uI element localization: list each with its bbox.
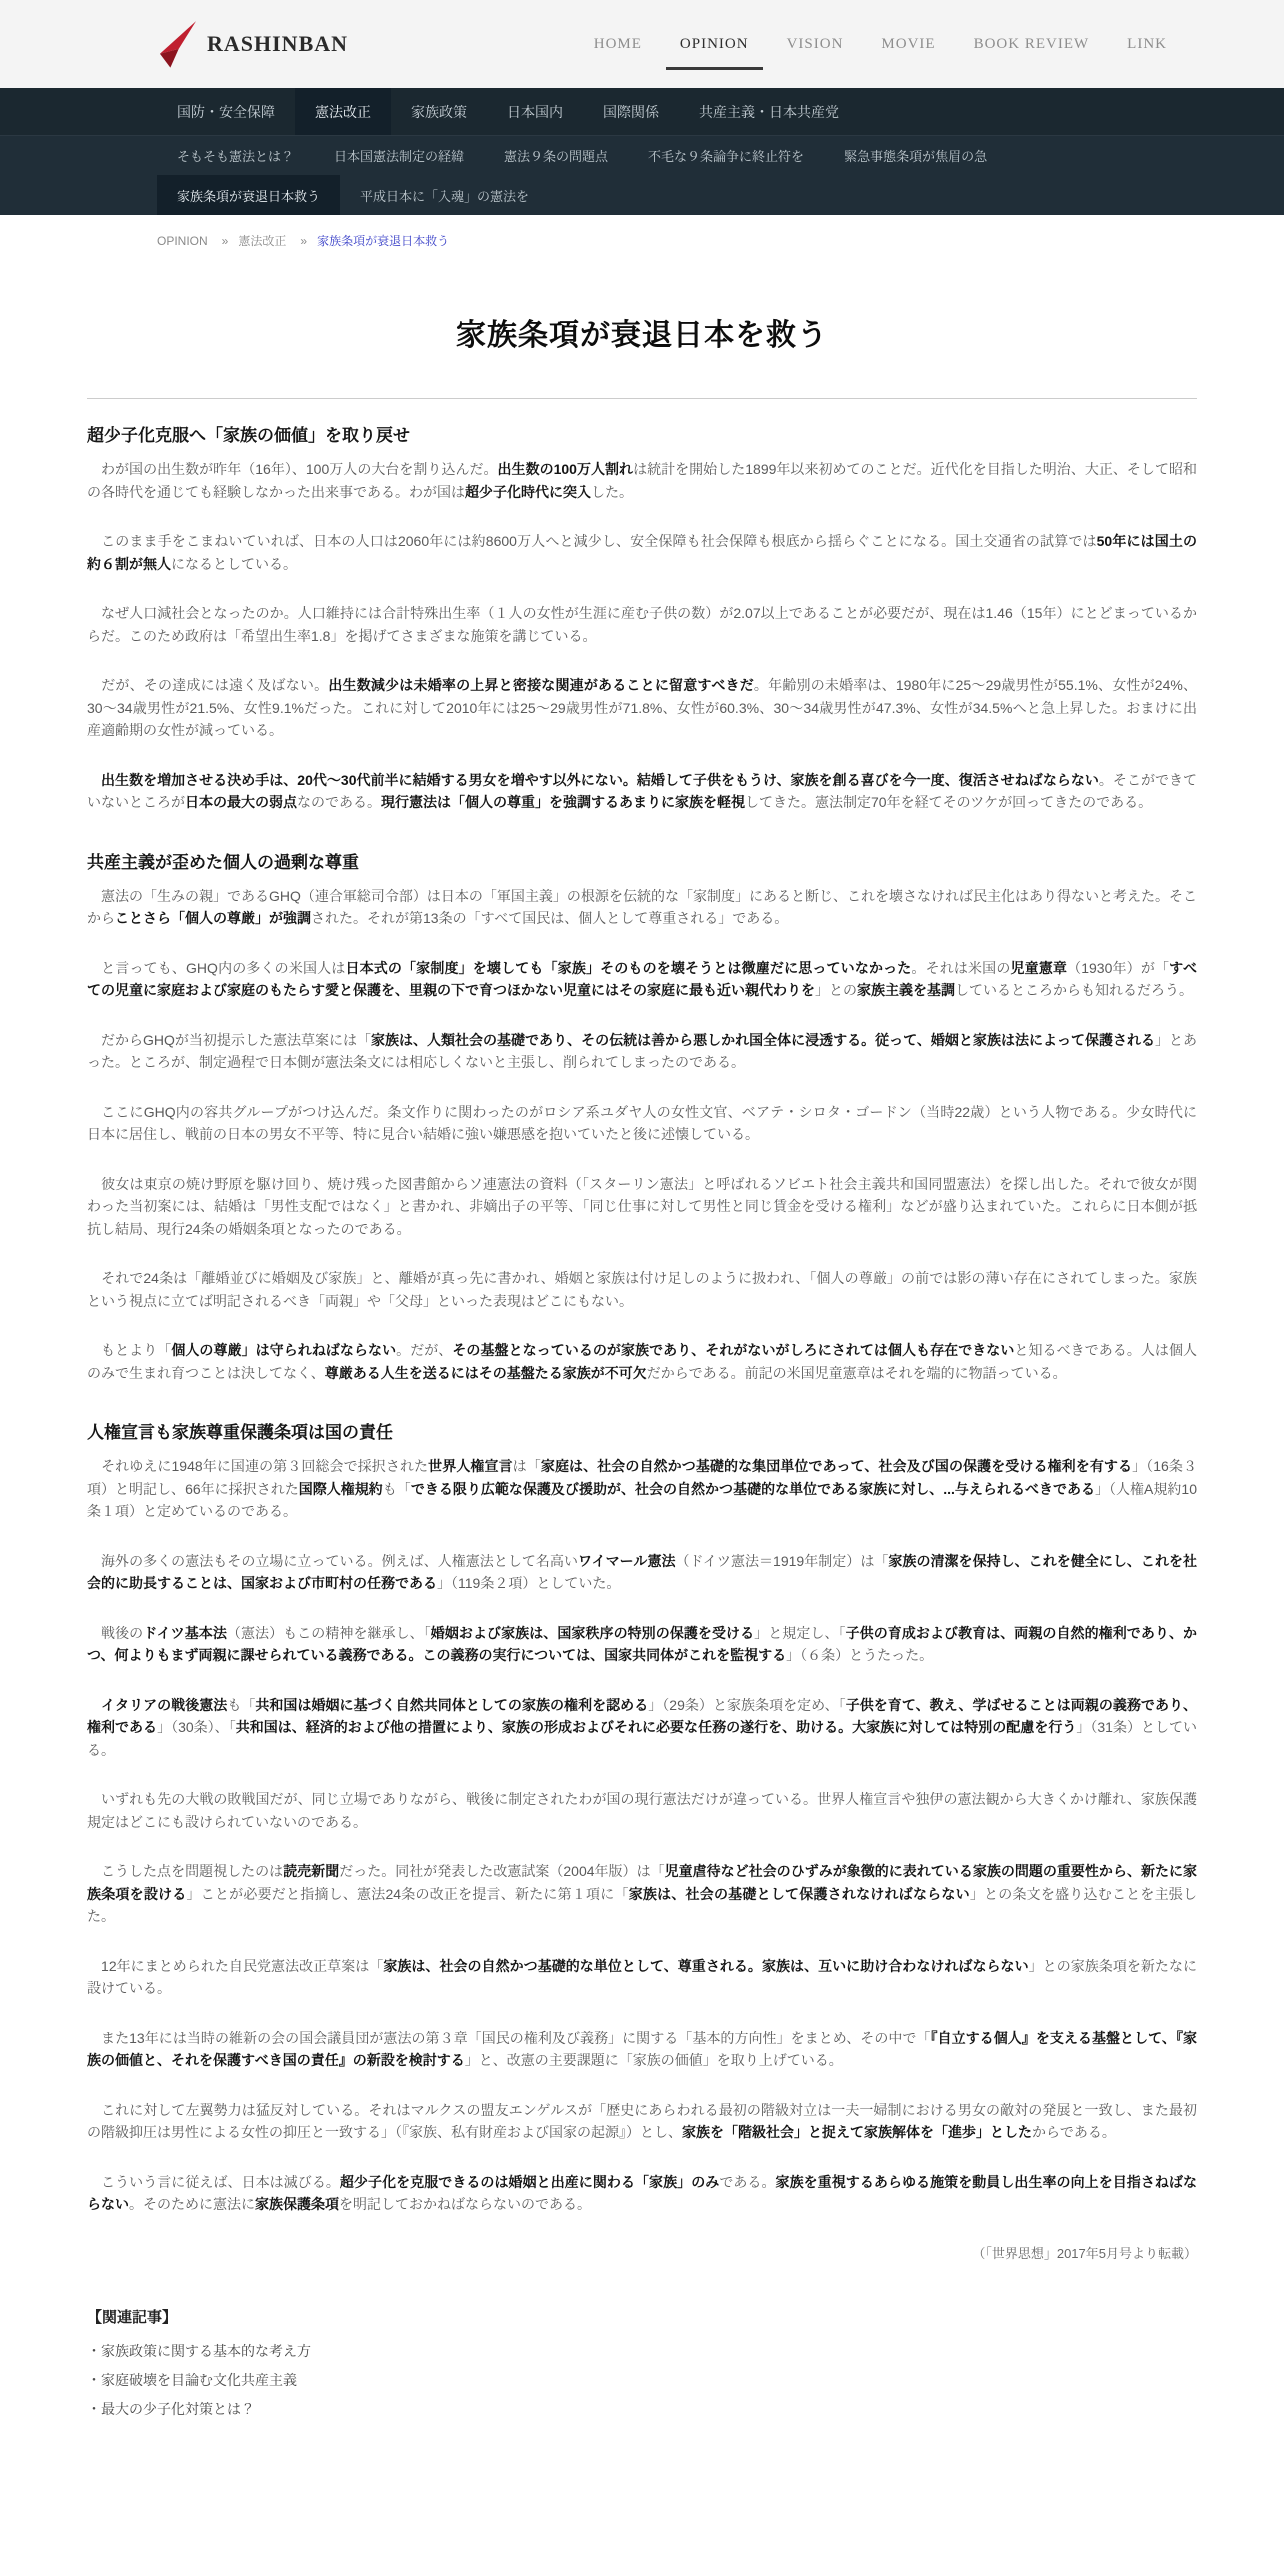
article-paragraph: それで24条は「離婚並びに婚姻及び家族」と、離婚が真っ先に書かれ、婚姻と家族は付…	[87, 1267, 1197, 1312]
related-link[interactable]: ・家庭破壊を目論む文化共産主義	[87, 2366, 1197, 2395]
related-heading: 【関連記事】	[87, 2306, 1197, 2327]
article-paragraph: と言っても、GHQ内の多くの米国人は日本式の「家制度」を壊しても「家族」そのもの…	[87, 957, 1197, 1002]
article-paragraph: 彼女は東京の焼け野原を駆け回り、焼け残った図書館からソ連憲法の資料（「スターリン…	[87, 1173, 1197, 1241]
subnav-row-2: 家族条項が衰退日本救う平成日本に「入魂」の憲法を	[0, 175, 1284, 215]
breadcrumb-separator: »	[300, 234, 307, 248]
subnav-item[interactable]: 日本国憲法制定の経緯	[314, 136, 484, 175]
category-nav-item[interactable]: 憲法改正	[295, 88, 391, 135]
article-paragraph: また13年には当時の維新の会の国会議員団が憲法の第３章「国民の権利及び義務」に関…	[87, 2027, 1197, 2072]
article-paragraph: いずれも先の大戦の敗戦国だが、同じ立場でありながら、戦後に制定されたわが国の現行…	[87, 1788, 1197, 1833]
section-heading: 超少子化克服へ「家族の価値」を取り戻せ	[87, 421, 1197, 446]
attribution: （「世界思想」2017年5月号より転載）	[87, 2243, 1197, 2262]
article-paragraph: わが国の出生数が昨年（16年）、100万人の大台を割り込んだ。出生数の100万人…	[87, 458, 1197, 503]
category-nav: 国防・安全保障憲法改正家族政策日本国内国際関係共産主義・日本共産党	[0, 88, 1284, 135]
site-header: RASHINBAN HOMEOPINIONVISIONMOVIEBOOK REV…	[0, 0, 1284, 88]
breadcrumb-bar: OPINION»憲法改正»家族条項が衰退日本救う	[0, 215, 1284, 266]
article-paragraph: だが、その達成には遠く及ばない。出生数減少は未婚率の上昇と密接な関連があることに…	[87, 674, 1197, 742]
primary-nav-item[interactable]: MOVIE	[881, 0, 935, 88]
article-paragraph: こうした点を問題視したのは読売新聞だった。同社が発表した改憲試案（2004年版）…	[87, 1860, 1197, 1928]
page-title: 家族条項が衰退日本を救う	[87, 310, 1197, 354]
category-nav-item[interactable]: 国防・安全保障	[157, 88, 295, 135]
primary-nav-item[interactable]: HOME	[594, 0, 642, 88]
subnav-inner-2: 家族条項が衰退日本救う平成日本に「入魂」の憲法を	[87, 175, 1197, 215]
section-heading: 共産主義が歪めた個人の過剰な尊重	[87, 848, 1197, 873]
section-heading: 人権宣言も家族尊重保護条項は国の責任	[87, 1418, 1197, 1443]
article-paragraph: このまま手をこまねいていれば、日本の人口は2060年には約8600万人へと減少し…	[87, 530, 1197, 575]
subnav-item[interactable]: 平成日本に「入魂」の憲法を	[340, 175, 549, 215]
category-nav-item[interactable]: 家族政策	[391, 88, 487, 135]
category-nav-inner: 国防・安全保障憲法改正家族政策日本国内国際関係共産主義・日本共産党	[87, 88, 1197, 135]
article: 家族条項が衰退日本を救う 超少子化克服へ「家族の価値」を取り戻せ わが国の出生数…	[87, 310, 1197, 2454]
related-link[interactable]: ・最大の少子化対策とは？	[87, 2395, 1197, 2424]
related-list: ・家族政策に関する基本的な考え方・家庭破壊を目論む文化共産主義・最大の少子化対策…	[87, 2337, 1197, 2424]
primary-nav-item[interactable]: BOOK REVIEW	[974, 0, 1090, 88]
article-paragraph: もとより「個人の尊厳」は守られねばならない。だが、その基盤となっているのが家族で…	[87, 1339, 1197, 1384]
subnav-item[interactable]: 憲法９条の問題点	[484, 136, 628, 175]
article-paragraph: 出生数を増加させる決め手は、20代～30代前半に結婚する男女を増やす以外にない。…	[87, 769, 1197, 814]
primary-nav: HOMEOPINIONVISIONMOVIEBOOK REVIEWLINK	[594, 0, 1167, 88]
compass-icon	[157, 19, 199, 69]
article-paragraph: それゆえに1948年に国連の第３回総会で採択された世界人権宣言は「家庭は、社会の…	[87, 1455, 1197, 1523]
article-paragraph: 海外の多くの憲法もその立場に立っている。例えば、人権憲法として名高いワイマール憲…	[87, 1550, 1197, 1595]
subnav-inner: そもそも憲法とは？日本国憲法制定の経緯憲法９条の問題点不毛な９条論争に終止符を緊…	[87, 136, 1197, 175]
breadcrumb-item[interactable]: OPINION	[157, 234, 208, 248]
logo-text: RASHINBAN	[207, 31, 348, 57]
related-link[interactable]: ・家族政策に関する基本的な考え方	[87, 2337, 1197, 2366]
related-articles: 【関連記事】 ・家族政策に関する基本的な考え方・家庭破壊を目論む文化共産主義・最…	[87, 2306, 1197, 2424]
article-paragraph: こういう言に従えば、日本は滅びる。超少子化を克服できるのは婚姻と出産に関わる「家…	[87, 2171, 1197, 2216]
category-nav-item[interactable]: 共産主義・日本共産党	[679, 88, 859, 135]
breadcrumb-separator: »	[222, 234, 229, 248]
article-paragraph: 憲法の「生みの親」であるGHQ（連合軍総司令部）は日本の「軍国主義」の根源を伝統…	[87, 885, 1197, 930]
breadcrumb-item[interactable]: 家族条項が衰退日本救う	[317, 234, 449, 248]
subnav-item[interactable]: 不毛な９条論争に終止符を	[628, 136, 824, 175]
article-body: 超少子化克服へ「家族の価値」を取り戻せ わが国の出生数が昨年（16年）、100万…	[87, 421, 1197, 2216]
primary-nav-item[interactable]: OPINION	[680, 0, 749, 88]
category-nav-item[interactable]: 国際関係	[583, 88, 679, 135]
article-paragraph: イタリアの戦後憲法も「共和国は婚姻に基づく自然共同体としての家族の権利を認める」…	[87, 1694, 1197, 1762]
site-logo[interactable]: RASHINBAN	[157, 19, 348, 69]
breadcrumb: OPINION»憲法改正»家族条項が衰退日本救う	[87, 215, 1197, 266]
category-nav-item[interactable]: 日本国内	[487, 88, 583, 135]
article-paragraph: なぜ人口減社会となったのか。人口維持には合計特殊出生率（１人の女性が生涯に産む子…	[87, 602, 1197, 647]
title-divider	[87, 398, 1197, 399]
subnav-item[interactable]: そもそも憲法とは？	[157, 136, 314, 175]
subnav-item[interactable]: 家族条項が衰退日本救う	[157, 175, 340, 215]
article-paragraph: だからGHQが当初提示した憲法草案には「家族は、人類社会の基礎であり、その伝統は…	[87, 1029, 1197, 1074]
article-paragraph: 戦後のドイツ基本法（憲法）もこの精神を継承し、「婚姻および家族は、国家秩序の特別…	[87, 1622, 1197, 1667]
header-inner: RASHINBAN HOMEOPINIONVISIONMOVIEBOOK REV…	[87, 0, 1197, 88]
article-paragraph: これに対して左翼勢力は猛反対している。それはマルクスの盟友エンゲルスが「歴史にあ…	[87, 2099, 1197, 2144]
article-paragraph: ここにGHQ内の容共グループがつけ込んだ。条文作りに関わったのがロシア系ユダヤ人…	[87, 1101, 1197, 1146]
primary-nav-item[interactable]: VISION	[787, 0, 844, 88]
breadcrumb-item[interactable]: 憲法改正	[238, 234, 286, 248]
article-paragraph: 12年にまとめられた自民党憲法改正草案は「家族は、社会の自然かつ基礎的な単位とし…	[87, 1955, 1197, 2000]
primary-nav-item[interactable]: LINK	[1127, 0, 1167, 88]
subnav-item[interactable]: 緊急事態条項が焦眉の急	[824, 136, 1007, 175]
subnav-row: そもそも憲法とは？日本国憲法制定の経緯憲法９条の問題点不毛な９条論争に終止符を緊…	[0, 135, 1284, 175]
